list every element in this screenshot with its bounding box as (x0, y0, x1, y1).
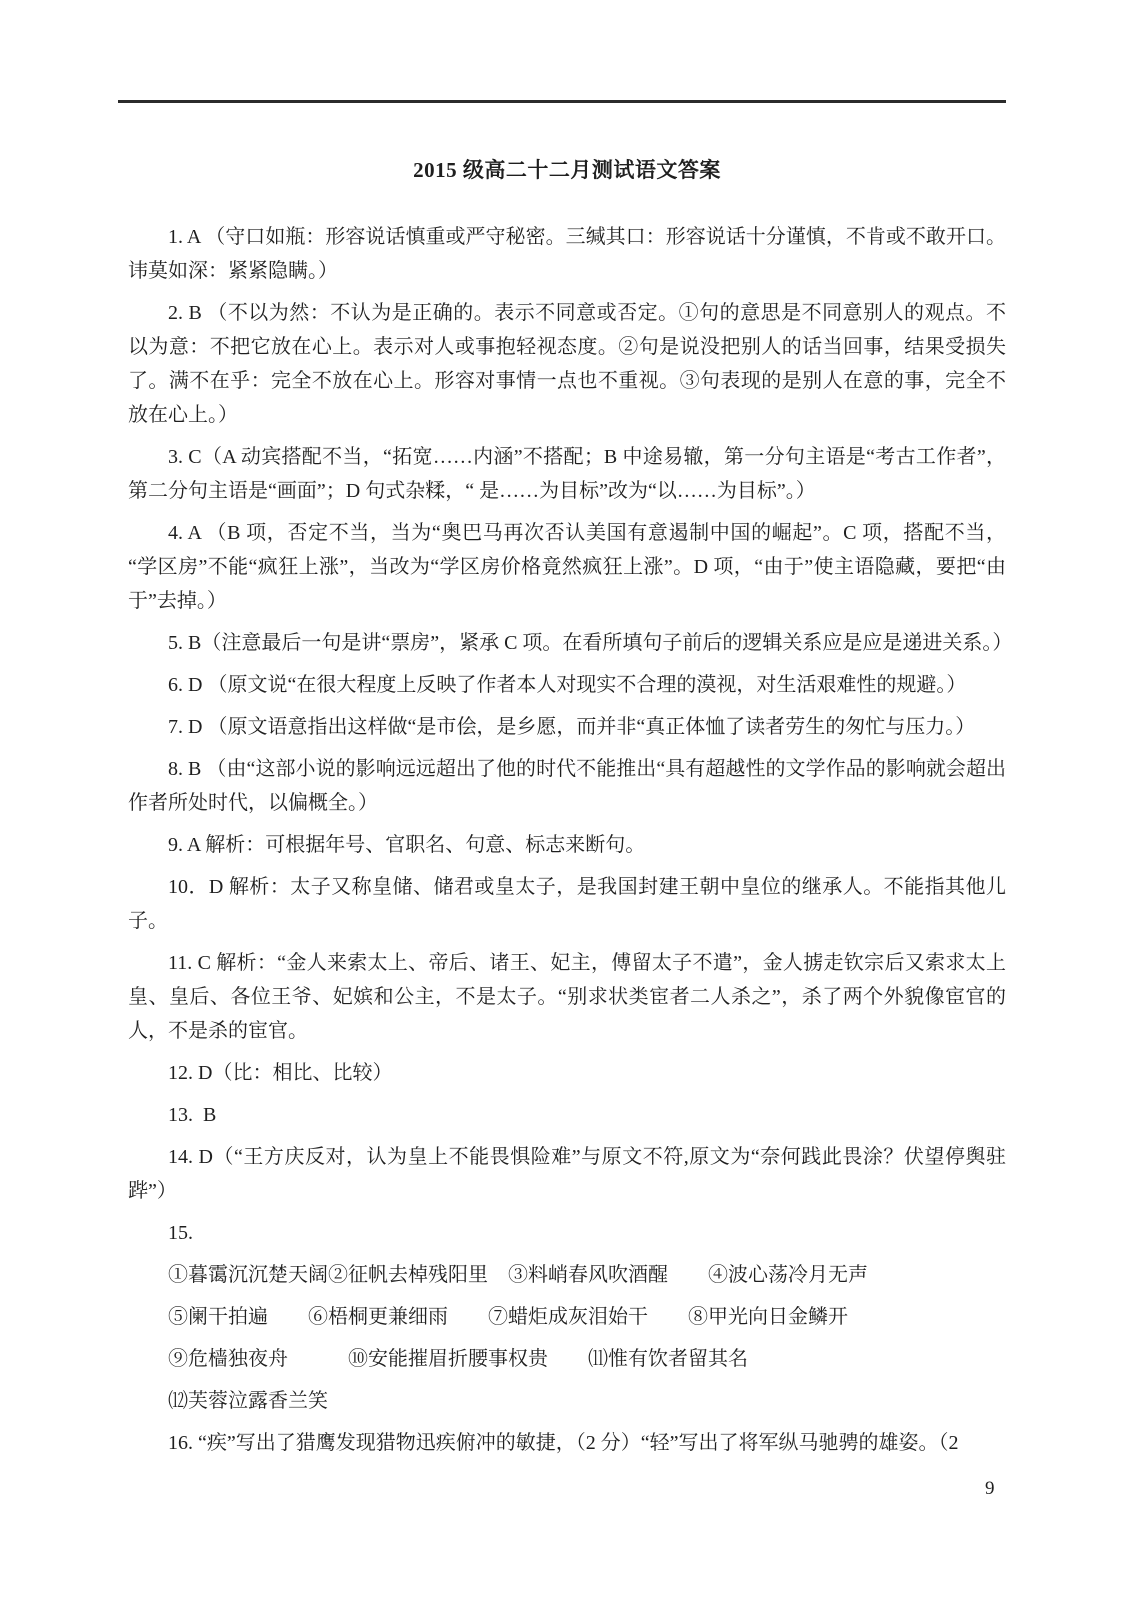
answer-item-10: 10．D 解析：太子又称皇储、储君或皇太子，是我国封建王朝中皇位的继承人。不能指… (128, 870, 1006, 938)
answer-item-12: 12. D（比：相比、比较） (128, 1056, 1006, 1090)
answer-item-9: 9. A 解析：可根据年号、官职名、句意、标志来断句。 (128, 828, 1006, 862)
answer-item-13: 13. B (128, 1098, 1006, 1132)
answer-item-7: 7. D （原文语意指出这样做“是市侩，是乡愿，而并非“真正体恤了读者劳生的匆忙… (128, 710, 1006, 744)
answer-item-15-line-2: ⑤阑干拍遍 ⑥梧桐更兼细雨 ⑦蜡炬成灰泪始干 ⑧甲光向日金鳞开 (128, 1300, 1006, 1334)
answer-item-4: 4. A （B 项，否定不当，当为“奥巴马再次否认美国有意遏制中国的崛起”。C … (128, 516, 1006, 618)
answer-item-15-line-4: ⑿芙蓉泣露香兰笑 (128, 1384, 1006, 1418)
answer-item-8: 8. B （由“这部小说的影响远远超出了他的时代不能推出“具有超越性的文学作品的… (128, 752, 1006, 820)
answer-item-15: 15. (128, 1216, 1006, 1250)
answer-item-14: 14. D（“王方庆反对，认为皇上不能畏惧险难”与原文不符,原文为“奈何践此畏涂… (128, 1140, 1006, 1208)
answer-item-5: 5. B（注意最后一句是讲“票房”，紧承 C 项。在看所填句子前后的逻辑关系应是… (128, 626, 1006, 660)
answer-item-1: 1. A （守口如瓶：形容说话慎重或严守秘密。三缄其口：形容说话十分谨慎，不肯或… (128, 220, 1006, 288)
answer-item-11: 11. C 解析：“金人来索太上、帝后、诸王、妃主，傅留太子不遣”，金人掳走钦宗… (128, 946, 1006, 1048)
page-title: 2015 级高二十二月测试语文答案 (128, 157, 1006, 183)
answer-item-15-line-1: ①暮霭沉沉楚天阔②征帆去棹残阳里 ③料峭春风吹酒醒 ④波心荡冷月无声 (128, 1258, 1006, 1292)
page-number: 9 (985, 1477, 995, 1501)
answer-item-16: 16. “疾”写出了猎鹰发现猎物迅疾俯冲的敏捷，（2 分）“轻”写出了将军纵马驰… (128, 1426, 1006, 1460)
answer-item-2: 2. B （不以为然：不认为是正确的。表示不同意或否定。①句的意思是不同意别人的… (128, 296, 1006, 432)
answer-item-3: 3. C（A 动宾搭配不当，“拓宽……内涵”不搭配；B 中途易辙，第一分句主语是… (128, 440, 1006, 508)
document-page-surface: 2015 级高二十二月测试语文答案 1. A （守口如瓶：形容说话慎重或严守秘密… (0, 0, 1131, 1600)
answer-item-6: 6. D （原文说“在很大程度上反映了作者本人对现实不合理的漠视，对生活艰难性的… (128, 668, 1006, 702)
document-page: { "page": { "background_color": "#ffffff… (0, 0, 1131, 1600)
document-content: 2015 级高二十二月测试语文答案 1. A （守口如瓶：形容说话慎重或严守秘密… (128, 157, 1006, 1468)
header-rule (118, 100, 1006, 103)
answer-item-15-line-3: ⑨危樯独夜舟 ⑩安能摧眉折腰事权贵 ⑾惟有饮者留其名 (128, 1342, 1006, 1376)
